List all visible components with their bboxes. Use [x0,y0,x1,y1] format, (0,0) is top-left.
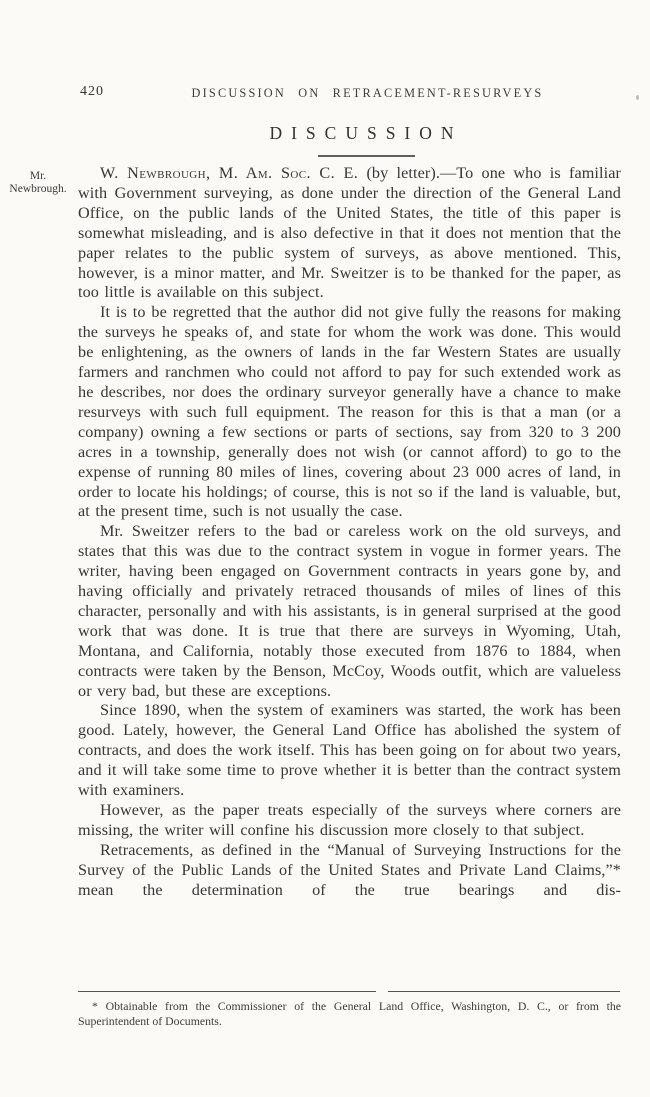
paragraph-6: Retracements, as defined in the “Manual … [78,841,621,901]
discussion-body: W. Newbrough, M. Am. Soc. C. E. (by lett… [78,164,621,901]
paragraph-4: Since 1890, when the system of examiners… [78,701,621,801]
speaker-name: W. Newbrough, M. Am. Soc. C. E. [100,164,358,182]
margin-note-line1: Mr. [2,170,74,183]
paragraph-5: However, as the paper treats especially … [78,801,621,841]
title-rule [318,155,415,157]
section-title: DISCUSSION [90,123,633,144]
paragraph-1-text: (by letter).—To one who is familiar with… [78,164,621,301]
footnote-rule-left [78,991,376,992]
paragraph-1: W. Newbrough, M. Am. Soc. C. E. (by lett… [78,164,621,303]
document-page: 420 DISCUSSION ON RETRACEMENT-RESURVEYS … [0,0,650,1097]
scan-speck [636,95,639,100]
margin-note-speaker: Mr. Newbrough. [2,170,74,196]
footnote: * Obtainable from the Commissioner of th… [78,999,621,1028]
paragraph-2: It is to be regretted that the author di… [78,303,621,522]
margin-note-line2: Newbrough. [2,183,74,196]
running-head: DISCUSSION ON RETRACEMENT-RESURVEYS [96,86,639,101]
footnote-rule-right [388,991,620,992]
paragraph-3: Mr. Sweitzer refers to the bad or carele… [78,522,621,701]
